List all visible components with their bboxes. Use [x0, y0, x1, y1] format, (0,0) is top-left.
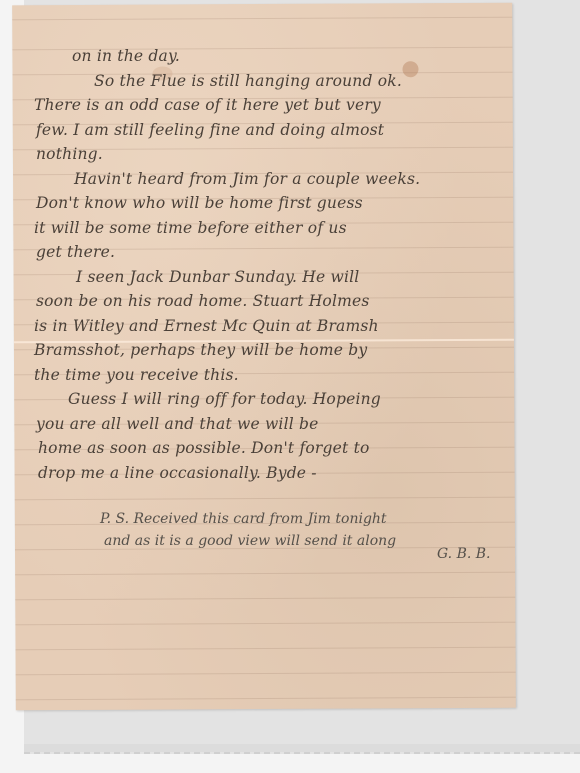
postscript-line: P. S. Received this card from Jim tonigh… — [100, 508, 396, 530]
letter-line: There is an odd case of it here yet but … — [34, 93, 516, 118]
letter-line: home as soon as possible. Don't forget t… — [38, 436, 516, 461]
letter-line: few. I am still feeling fine and doing a… — [36, 118, 516, 143]
letter-line: soon be on his road home. Stuart Holmes — [36, 289, 516, 314]
letter-line: Don't know who will be home first guess — [36, 191, 516, 216]
letter-body: on in the day. So the Flue is still hang… — [46, 44, 516, 485]
letter-line: Bramsshot, perhaps they will be home by — [34, 338, 516, 363]
letter-line: on in the day. — [46, 44, 516, 69]
letter-line: Guess I will ring off for today. Hopeing — [46, 387, 516, 412]
letter-line: the time you receive this. — [34, 363, 516, 388]
letter-line: it will be some time before either of us — [34, 216, 516, 241]
letter-line: is in Witley and Ernest Mc Quin at Brams… — [34, 314, 516, 339]
letter-line: So the Flue is still hanging around ok. — [46, 69, 516, 94]
letter-line: get there. — [36, 240, 516, 265]
postscript-line: and as it is a good view will send it al… — [104, 530, 396, 552]
postscript: P. S. Received this card from Jim tonigh… — [100, 508, 396, 552]
letter-line: nothing. — [36, 142, 516, 167]
letter-line: Havin't heard from Jim for a couple week… — [46, 167, 516, 192]
letter-line: you are all well and that we will be — [36, 412, 516, 437]
signature-initials: G. B. B. — [437, 546, 491, 562]
sleeve-seam — [24, 744, 580, 752]
letter-line: I seen Jack Dunbar Sunday. He will — [46, 265, 516, 290]
letter-line: drop me a line occasionally. Byde - — [38, 461, 516, 486]
